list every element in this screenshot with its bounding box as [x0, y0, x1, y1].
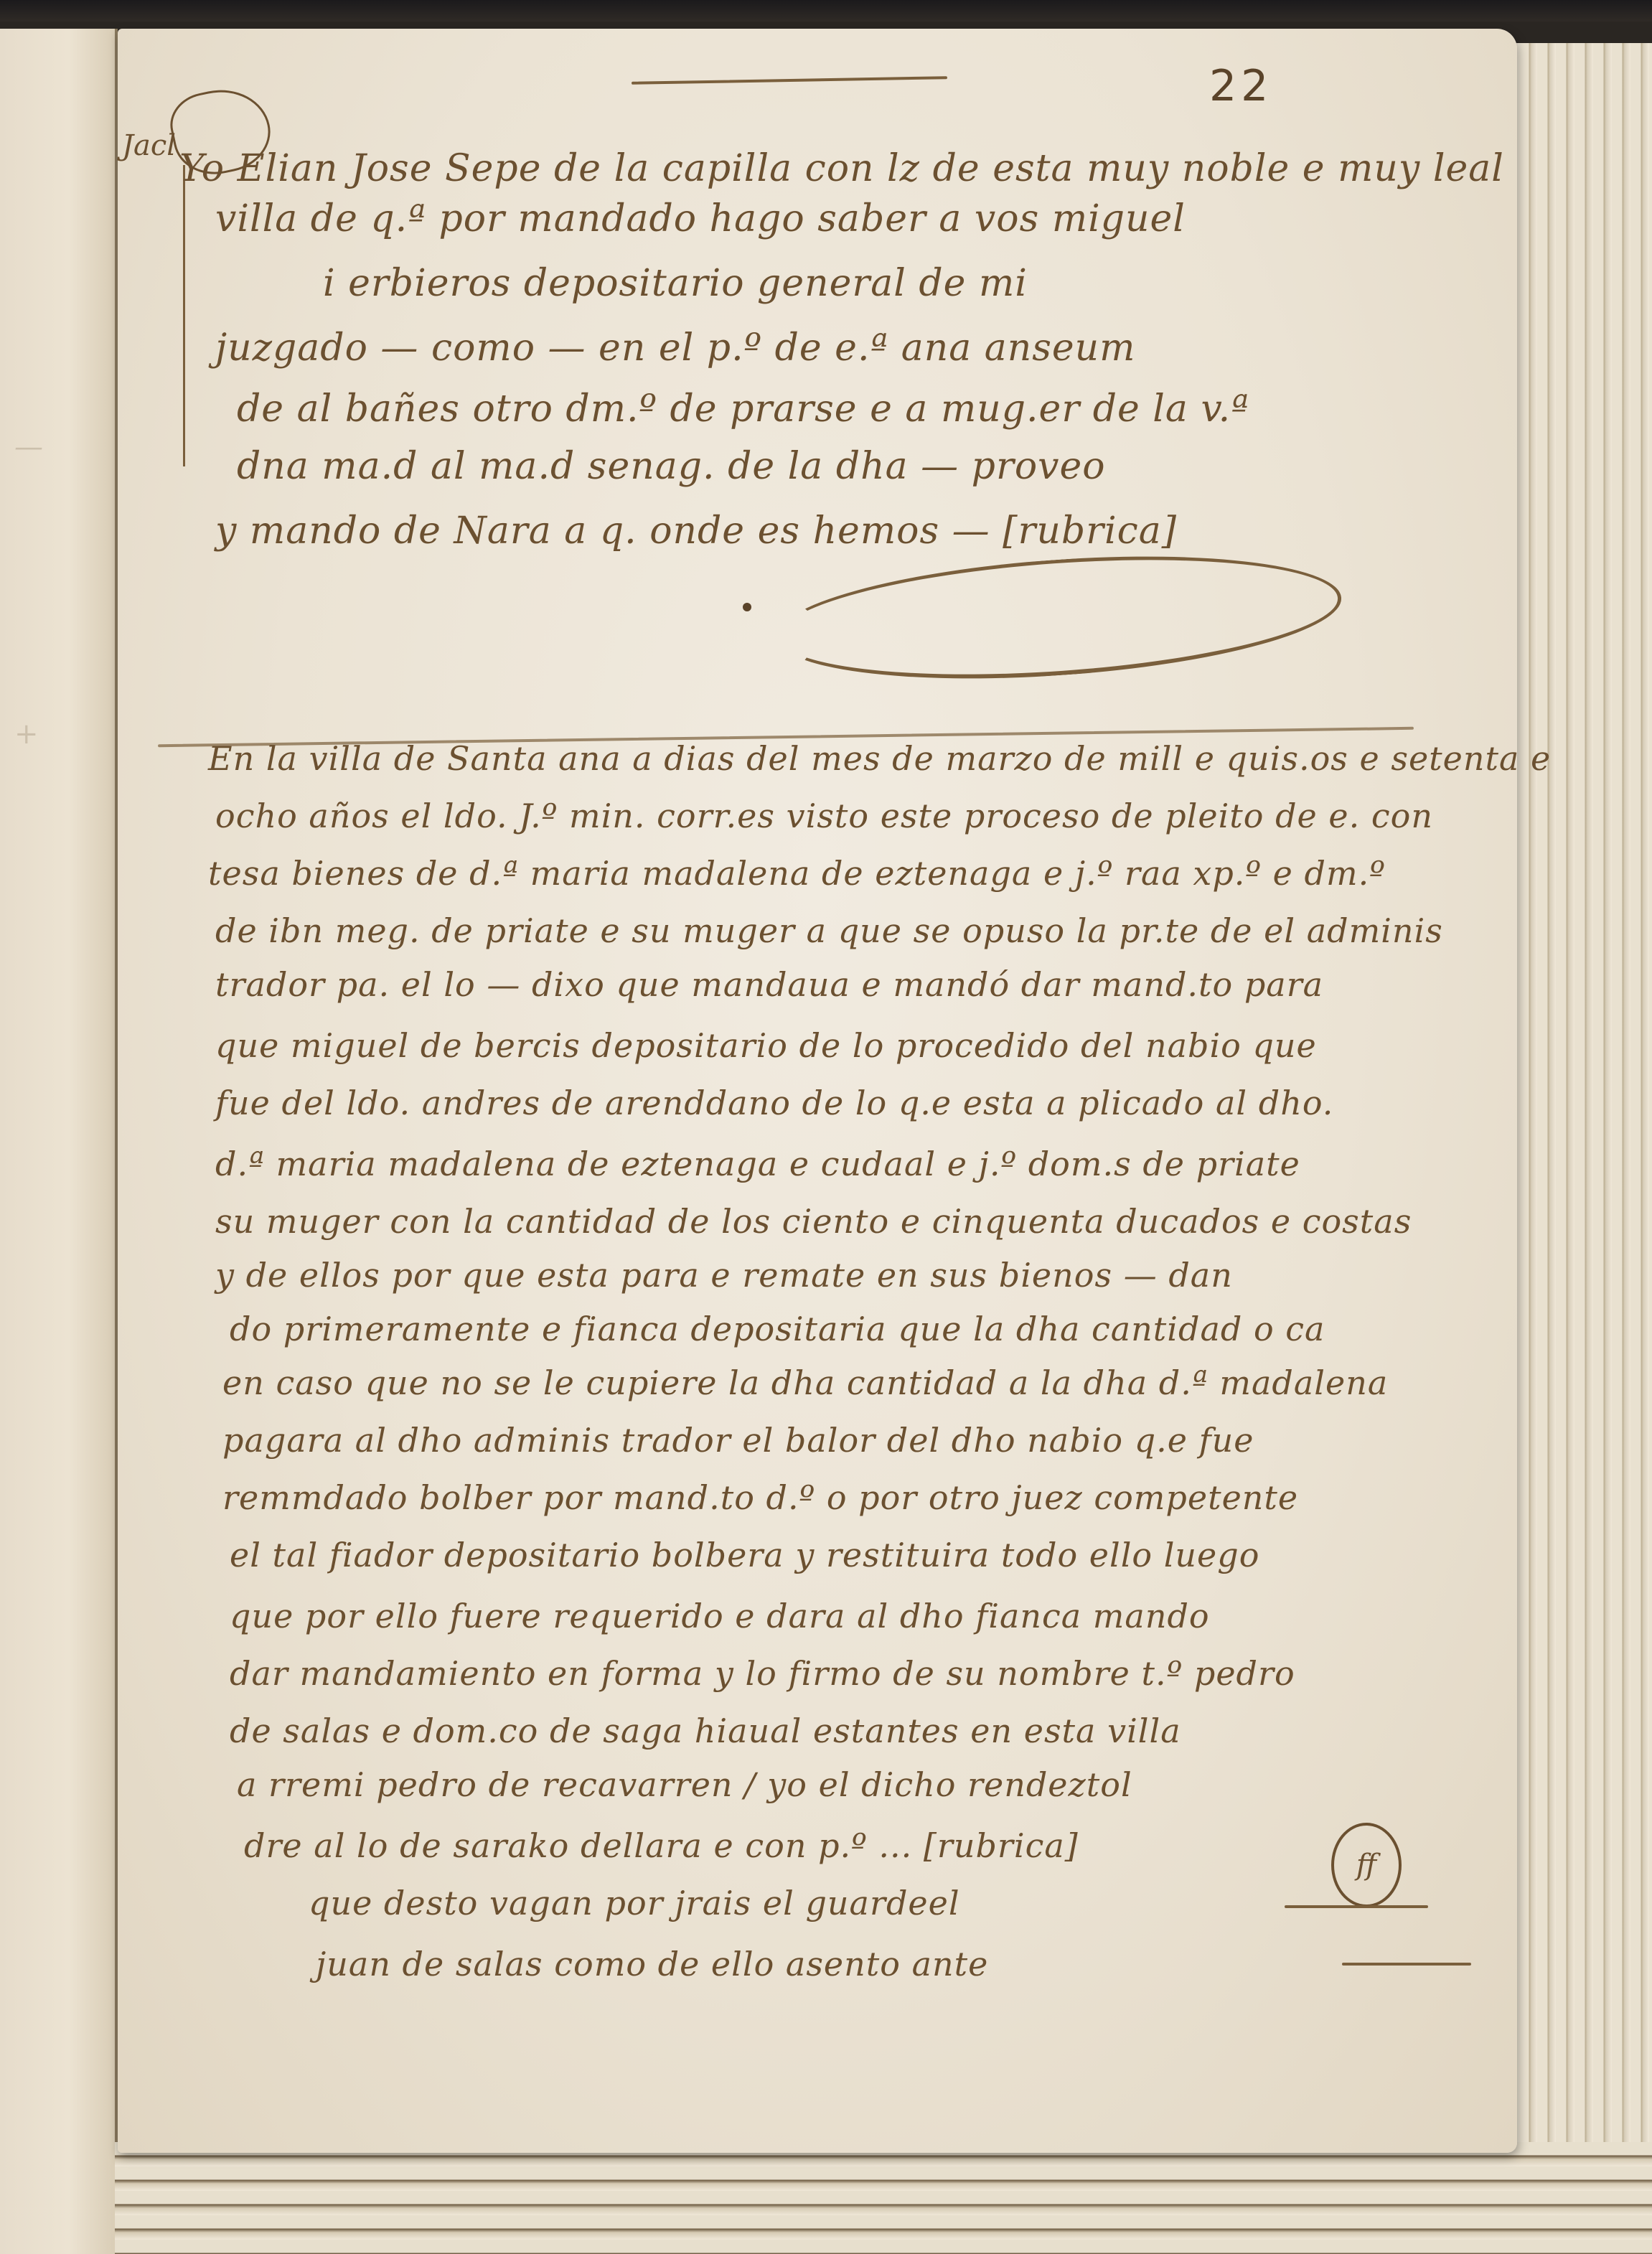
line-end-stroke	[1342, 1963, 1471, 1966]
body-line: do primeramente e fianca depositaria que…	[230, 1310, 1325, 1348]
body-line: fue del ldo. andres de arenddano de lo q…	[215, 1084, 1333, 1122]
body-line: tesa bienes de d.ª maria madalena de ezt…	[208, 854, 1386, 893]
page-edges-bottom	[115, 2142, 1652, 2254]
body-line: pagara al dho adminis trador el balor de…	[222, 1421, 1254, 1460]
body-line: juan de salas como de ello asento ante	[316, 1945, 988, 1983]
body-line: y de ellos por que esta para e remate en…	[215, 1256, 1233, 1295]
body-line: d.ª maria madalena de eztenaga e cudaal …	[215, 1145, 1300, 1183]
body-line: de salas e dom.co de saga hiaual estante…	[230, 1711, 1181, 1750]
body-line: remmdado bolber por mand.to d.º o por ot…	[222, 1478, 1298, 1517]
header-line: villa de q.ª por mandado hago saber a vo…	[215, 197, 1186, 240]
body-line: que desto vagan por jrais el guardeel	[309, 1884, 960, 1922]
bleed-through-ink: —	[14, 431, 100, 464]
scan-background	[0, 0, 1652, 22]
page-edges-right	[1500, 43, 1652, 2254]
body-line: ocho años el ldo. J.º min. corr.es visto…	[215, 797, 1433, 835]
manuscript-scan: — + 22 Jacl Yo Elian Jose Sepe de la cap…	[0, 0, 1652, 2254]
body-line: dre al lo de sarako dellara e con p.º ..…	[244, 1826, 1079, 1865]
body-line: que miguel de bercis depositario de lo p…	[215, 1026, 1317, 1065]
body-line: trador pa. el lo — dixo que mandaua e ma…	[215, 965, 1323, 1004]
header-line: dna ma.d al ma.d senag. de la dha — prov…	[237, 445, 1106, 488]
body-line: En la villa de Santa ana a dias del mes …	[208, 739, 1551, 778]
header-line: y mando de Nara a q. onde es hemos — [ru…	[215, 510, 1177, 553]
signature-seal-icon: ff	[1331, 1823, 1402, 1907]
body-line: su muger con la cantidad de los ciento e…	[215, 1202, 1412, 1241]
header-line: i erbieros depositario general de mi	[323, 262, 1028, 305]
body-line: el tal fiador depositario bolbera y rest…	[230, 1536, 1259, 1574]
bleed-through-ink: +	[14, 718, 100, 751]
ink-dot	[743, 603, 751, 611]
line-end-stroke	[1285, 1905, 1428, 1908]
margin-bracket-stroke	[183, 165, 192, 466]
margin-note: Jacl	[122, 129, 176, 162]
folio-number: 22	[1209, 61, 1272, 111]
body-line: a rremi pedro de recavarren / yo el dich…	[237, 1765, 1132, 1804]
body-line: de ibn meg. de priate e su muger a que s…	[215, 911, 1443, 950]
body-line: dar mandamiento en forma y lo firmo de s…	[230, 1654, 1295, 1693]
header-line: de al bañes otro dm.º de prarse e a mug.…	[237, 388, 1249, 431]
body-line: que por ello fuere requerido e dara al d…	[230, 1597, 1210, 1635]
header-line: juzgado — como — en el p.º de e.ª ana an…	[215, 327, 1135, 370]
header-line: Yo Elian Jose Sepe de la capilla con lz …	[179, 147, 1504, 190]
body-line: en caso que no se le cupiere la dha cant…	[222, 1363, 1388, 1402]
facing-page-fragment: — +	[0, 29, 118, 2254]
